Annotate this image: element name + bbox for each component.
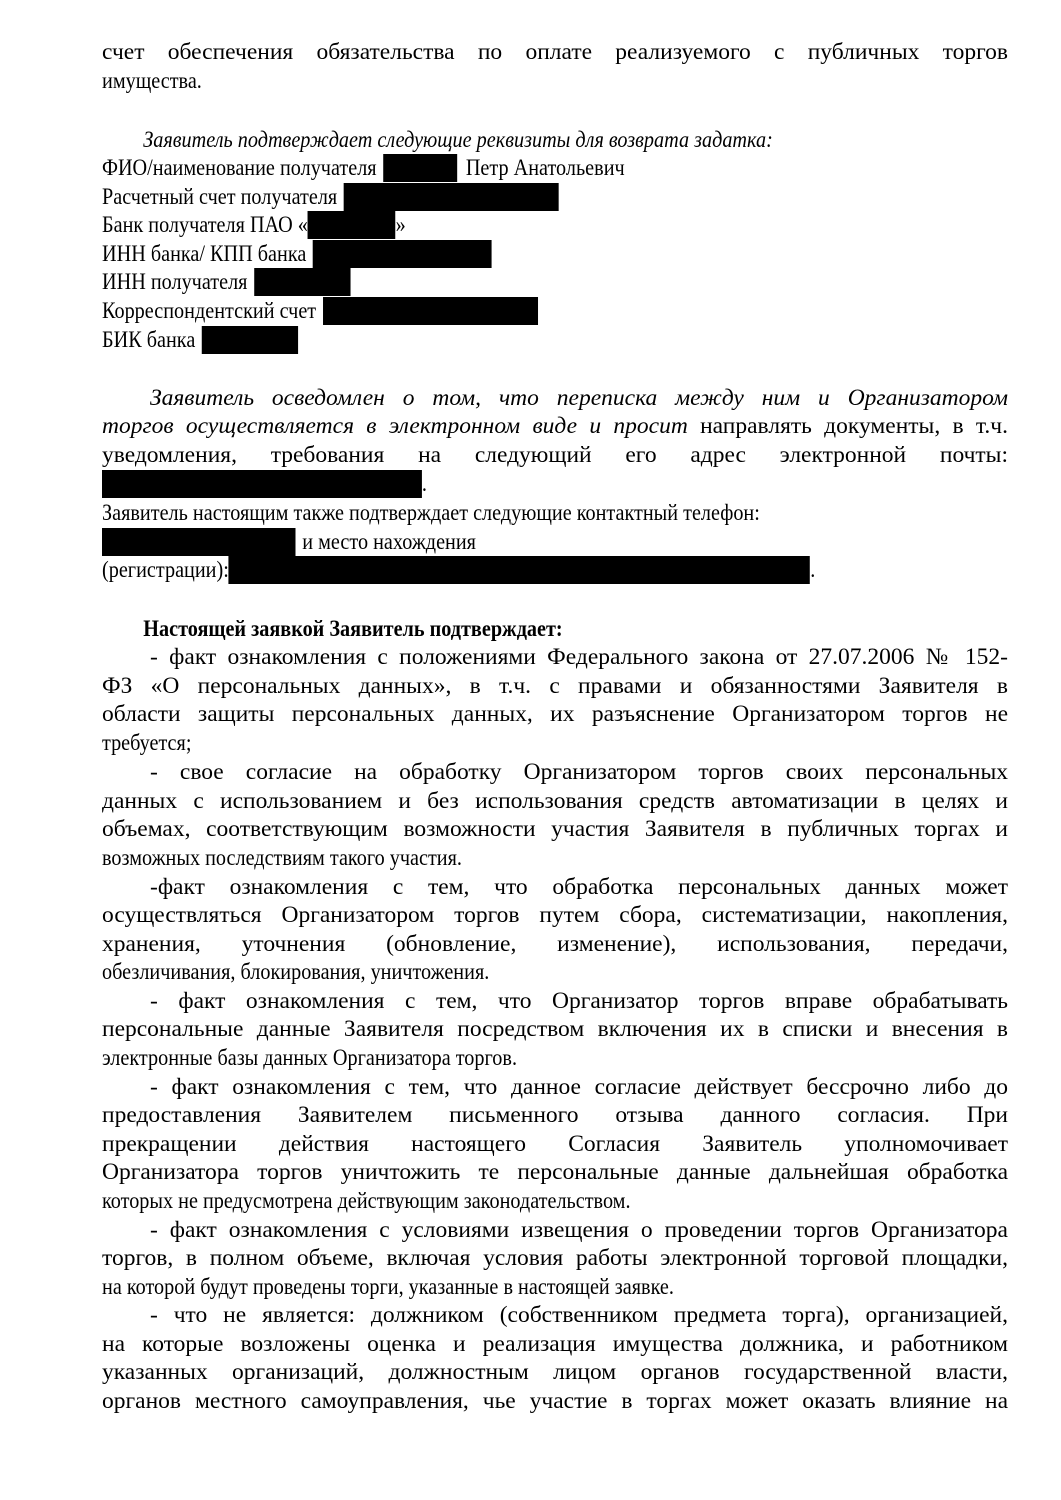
confirmation-line: хранения, уточнения (обновление, изменен…: [102, 930, 1008, 958]
field-label: Расчетный счет получателя: [102, 184, 337, 210]
redaction-block: [323, 297, 538, 325]
contact-line-3: уведомления, требования на следующий его…: [102, 441, 1008, 469]
confirmation-line: которых не предусмотрена действующим зак…: [102, 1187, 631, 1215]
field-bank-inn-kpp: ИНН банка/ КПП банка: [102, 240, 492, 268]
redaction-block: [202, 326, 298, 354]
registration-label: (регистрации):: [102, 557, 229, 583]
confirmation-line: - свое согласие на обработку Организатор…: [102, 758, 1008, 786]
confirmation-line: ФЗ «О персональных данных», в т.ч. с пра…: [102, 672, 1008, 700]
confirmation-line: Организатора торгов уничтожить те персон…: [102, 1158, 1008, 1186]
redaction-block: [308, 211, 396, 239]
contact-line-1: Заявитель осведомлен о том, что переписк…: [102, 384, 1008, 412]
confirmation-heading: Настоящей заявкой Заявитель подтверждает…: [102, 615, 563, 643]
confirmation-line: требуется;: [102, 729, 191, 757]
redaction-block: [254, 268, 350, 296]
confirmation-line: объемах, соответствующим возможности уча…: [102, 815, 1008, 843]
intro-line-1: счет обеспечения обязательства по оплате…: [102, 38, 1008, 66]
phone-redaction: [102, 528, 296, 556]
field-recipient-inn: ИНН получателя: [102, 268, 351, 296]
confirmation-line: на которой будут проведены торги, указан…: [102, 1273, 674, 1301]
registration-end: .: [810, 557, 815, 583]
email-redaction: [102, 470, 422, 498]
confirmation-line: осуществляться Организатором торгов путе…: [102, 901, 1008, 929]
requisites-heading: Заявитель подтверждает следующие реквизи…: [102, 126, 773, 154]
contact-line-2-italic: торгов осуществляется в электронном виде…: [102, 413, 688, 439]
contact-line-2-regular: направлять документы, в т.ч.: [688, 413, 1008, 439]
field-label: ИНН банка/ КПП банка: [102, 241, 306, 267]
confirmation-line: указанных организаций, должностным лицом…: [102, 1358, 1008, 1386]
email-end: .: [422, 471, 427, 497]
field-label: Корреспондентский счет: [102, 298, 316, 324]
redaction-block: [313, 240, 492, 268]
confirmation-line: - факт ознакомления с тем, что данное со…: [102, 1073, 1008, 1101]
confirmation-line: - факт ознакомления с положениями Федера…: [102, 643, 1008, 671]
confirmation-line: персональные данные Заявителя посредство…: [102, 1015, 1008, 1043]
registration-line: (регистрации):.: [102, 556, 815, 584]
field-bik: БИК банка: [102, 326, 298, 354]
email-line: .: [102, 470, 427, 498]
confirmation-line: обезличивания, блокирования, уничтожения…: [102, 958, 489, 986]
confirmation-line: предоставления Заявителем письменного от…: [102, 1101, 1008, 1129]
field-label: БИК банка: [102, 327, 195, 353]
confirmation-line: - что не является: должником (собственни…: [102, 1301, 1008, 1329]
field-label: Банк получателя ПАО «: [102, 212, 308, 238]
confirmation-line: прекращении действия настоящего Согласия…: [102, 1130, 1008, 1158]
confirmation-line: на которые возложены оценка и реализация…: [102, 1330, 1008, 1358]
confirmation-line: возможных последствиям такого участия.: [102, 844, 462, 872]
field-label: ИНН получателя: [102, 269, 247, 295]
confirmation-line: электронные базы данных Организатора тор…: [102, 1044, 517, 1072]
confirmation-line: - факт ознакомления с тем, что Организат…: [102, 987, 1008, 1015]
confirmation-line: торгов, в полном объеме, включая условия…: [102, 1244, 1008, 1272]
intro-line-2: имущества.: [102, 67, 202, 95]
confirmation-line: -факт ознакомления с тем, что обработка …: [102, 873, 1008, 901]
field-suffix: Петр Анатольевич: [466, 155, 625, 181]
confirmation-line: - факт ознакомления с условиями извещени…: [102, 1216, 1008, 1244]
registration-redaction: [229, 556, 810, 584]
field-recipient-name: ФИО/наименование получателя Петр Анатоль…: [102, 154, 625, 182]
confirmation-line: органов местного самоуправления, чье уча…: [102, 1387, 1008, 1415]
location-text: и место нахождения: [302, 529, 476, 555]
field-bank-name: Банк получателя ПАО «»: [102, 211, 406, 239]
contact-line-2: торгов осуществляется в электронном виде…: [102, 412, 1008, 440]
field-suffix: »: [396, 212, 406, 238]
confirmation-line: данных с использованием и без использова…: [102, 787, 1008, 815]
phone-line: Заявитель настоящим также подтверждает с…: [102, 499, 760, 527]
redaction-block: [344, 183, 559, 211]
location-line: и место нахождения: [102, 528, 476, 556]
field-settlement-account: Расчетный счет получателя: [102, 183, 559, 211]
redaction-block: [383, 154, 457, 182]
field-correspondent-account: Корреспондентский счет: [102, 297, 538, 325]
confirmation-line: области защиты персональных данных, их р…: [102, 700, 1008, 728]
field-label: ФИО/наименование получателя: [102, 155, 377, 181]
